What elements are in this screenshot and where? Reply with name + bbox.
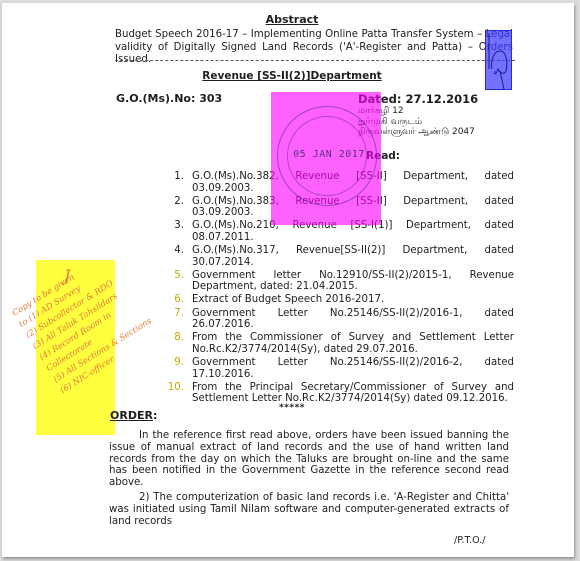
reference-number: 8. (162, 332, 192, 355)
signature-highlight (485, 30, 512, 90)
reference-text: From the Commissioner of Survey and Sett… (192, 332, 514, 355)
reference-text: Government letter No.12910/SS-II(2)/2015… (192, 270, 514, 293)
reference-number: 7. (162, 308, 192, 331)
pto-marker: /P.T.O./ (454, 535, 485, 546)
order-label: ORDER (110, 409, 153, 422)
order-colon: : (153, 409, 157, 422)
reference-text: Government Letter No.25146/SS-II(2)/2016… (192, 357, 514, 380)
handwritten-note-highlight: J Copy to be given to (1) AD Survey (2) … (36, 260, 115, 435)
order-paragraph-1: In the reference first read above, order… (109, 430, 509, 489)
reference-number: 5. (162, 270, 192, 293)
abstract-heading: Abstract (2, 13, 574, 26)
reference-text: G.O.(Ms).No.317, Revenue[SS-II(2)] Depar… (192, 245, 514, 268)
stamp-date: 05 JAN 2017 (289, 149, 369, 160)
reference-number: 6. (162, 294, 192, 306)
reference-number: 10. (162, 382, 192, 405)
reference-number: 3. (162, 220, 192, 243)
reference-item: 7.Government Letter No.25146/SS-II(2)/20… (162, 308, 514, 331)
document-page: Abstract Budget Speech 2016-17 – Impleme… (2, 3, 574, 557)
reference-item: 10.From the Principal Secretary/Commissi… (162, 382, 514, 405)
reference-number: 1. (162, 171, 192, 194)
reference-item: 5.Government letter No.12910/SS-II(2)/20… (162, 270, 514, 293)
reference-text: Extract of Budget Speech 2016-2017. (192, 294, 514, 306)
reference-text: Government Letter No.25146/SS-II(2)/2016… (192, 308, 514, 331)
dashed-divider (115, 60, 515, 61)
reference-text: From the Principal Secretary/Commissione… (192, 382, 514, 405)
reference-number: 4. (162, 245, 192, 268)
reference-item: 4.G.O.(Ms).No.317, Revenue[SS-II(2)] Dep… (162, 245, 514, 268)
order-heading: ORDER: (110, 409, 157, 422)
received-stamp-highlight: 05 JAN 2017 (271, 92, 381, 225)
reference-item: 8.From the Commissioner of Survey and Se… (162, 332, 514, 355)
go-number: G.O.(Ms).No: 303 (116, 92, 222, 105)
order-paragraph-2: 2) The computerization of basic land rec… (109, 492, 509, 527)
reference-number: 2. (162, 196, 192, 219)
reference-item: 6.Extract of Budget Speech 2016-2017. (162, 294, 514, 306)
reference-item: 9.Government Letter No.25146/SS-II(2)/20… (162, 357, 514, 380)
handwritten-note-text: Copy to be given to (1) AD Survey (2) Su… (9, 261, 140, 397)
reference-number: 9. (162, 357, 192, 380)
signature-scribble-icon (486, 31, 513, 91)
